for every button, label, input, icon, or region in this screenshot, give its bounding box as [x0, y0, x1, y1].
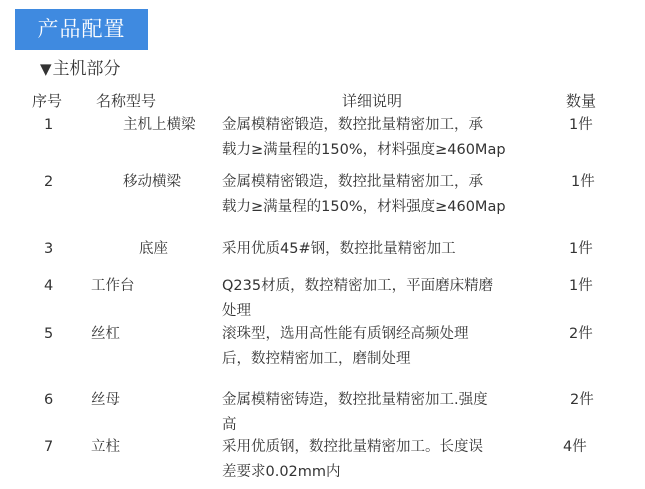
col-header-qty: 数量 [566, 91, 596, 111]
row-detail-line: 金属模精密锻造，数控批量精密加工，承 [222, 170, 522, 195]
row-detail-line: 载力≥满量程的150%，材料强度≥460Map [222, 195, 522, 220]
row-detail-line: 滚珠型，选用高性能有质钢经高频处理 [222, 322, 522, 347]
row-detail-line: 后，数控精密加工，磨制处理 [222, 347, 522, 372]
row-detail-line: 金属模精密锻造，数控批量精密加工，承 [222, 113, 522, 138]
row-detail: Q235材质，数控精密加工，平面磨床精磨 处理 [222, 274, 522, 324]
row-qty: 2件 [569, 322, 593, 347]
col-header-index: 序号 [32, 91, 62, 111]
section-host-parts[interactable]: ▼主机部分 [40, 58, 121, 80]
row-detail-line: 金属模精密铸造，数控批量精密加工.强度 [222, 388, 522, 413]
row-name: 立柱 [91, 435, 120, 460]
row-detail-line: 处理 [222, 299, 522, 324]
row-name: 丝母 [91, 388, 120, 413]
row-index: 5 [44, 322, 53, 347]
row-qty: 4件 [563, 435, 587, 460]
row-detail-line: 采用优质45#钢，数控批量精密加工 [222, 237, 522, 262]
product-config-tab[interactable]: 产品配置 [15, 9, 148, 50]
col-header-name: 名称型号 [96, 91, 156, 111]
row-detail-line: 载力≥满量程的150%，材料强度≥460Map [222, 138, 522, 163]
row-detail: 金属模精密铸造，数控批量精密加工.强度 高 [222, 388, 522, 438]
row-detail: 采用优质钢，数控批量精密加工。长度误 差要求0.02mm内 [222, 435, 522, 485]
row-detail: 滚珠型，选用高性能有质钢经高频处理 后，数控精密加工，磨制处理 [222, 322, 522, 372]
row-index: 2 [44, 170, 53, 195]
row-index: 3 [44, 237, 53, 262]
row-name: 移动横梁 [123, 170, 181, 195]
row-detail-line: 差要求0.02mm内 [222, 460, 522, 485]
row-qty: 1件 [569, 237, 593, 262]
row-qty: 1件 [569, 113, 593, 138]
row-index: 7 [44, 435, 53, 460]
row-qty: 2件 [570, 388, 594, 413]
row-detail: 金属模精密锻造，数控批量精密加工，承 载力≥满量程的150%，材料强度≥460M… [222, 170, 522, 220]
section-title: 主机部分 [53, 59, 121, 79]
row-qty: 1件 [569, 274, 593, 299]
row-detail-line: Q235材质，数控精密加工，平面磨床精磨 [222, 274, 522, 299]
row-index: 4 [44, 274, 53, 299]
col-header-detail: 详细说明 [342, 91, 402, 111]
row-name: 主机上横梁 [123, 113, 196, 138]
row-detail: 采用优质45#钢，数控批量精密加工 [222, 237, 522, 262]
row-index: 1 [44, 113, 53, 138]
triangle-down-icon: ▼ [40, 60, 52, 78]
row-detail: 金属模精密锻造，数控批量精密加工，承 载力≥满量程的150%，材料强度≥460M… [222, 113, 522, 163]
row-detail-line: 采用优质钢，数控批量精密加工。长度误 [222, 435, 522, 460]
row-index: 6 [44, 388, 53, 413]
row-name: 工作台 [91, 274, 135, 299]
row-qty: 1件 [571, 170, 595, 195]
row-name: 底座 [139, 237, 168, 262]
row-name: 丝杠 [91, 322, 120, 347]
